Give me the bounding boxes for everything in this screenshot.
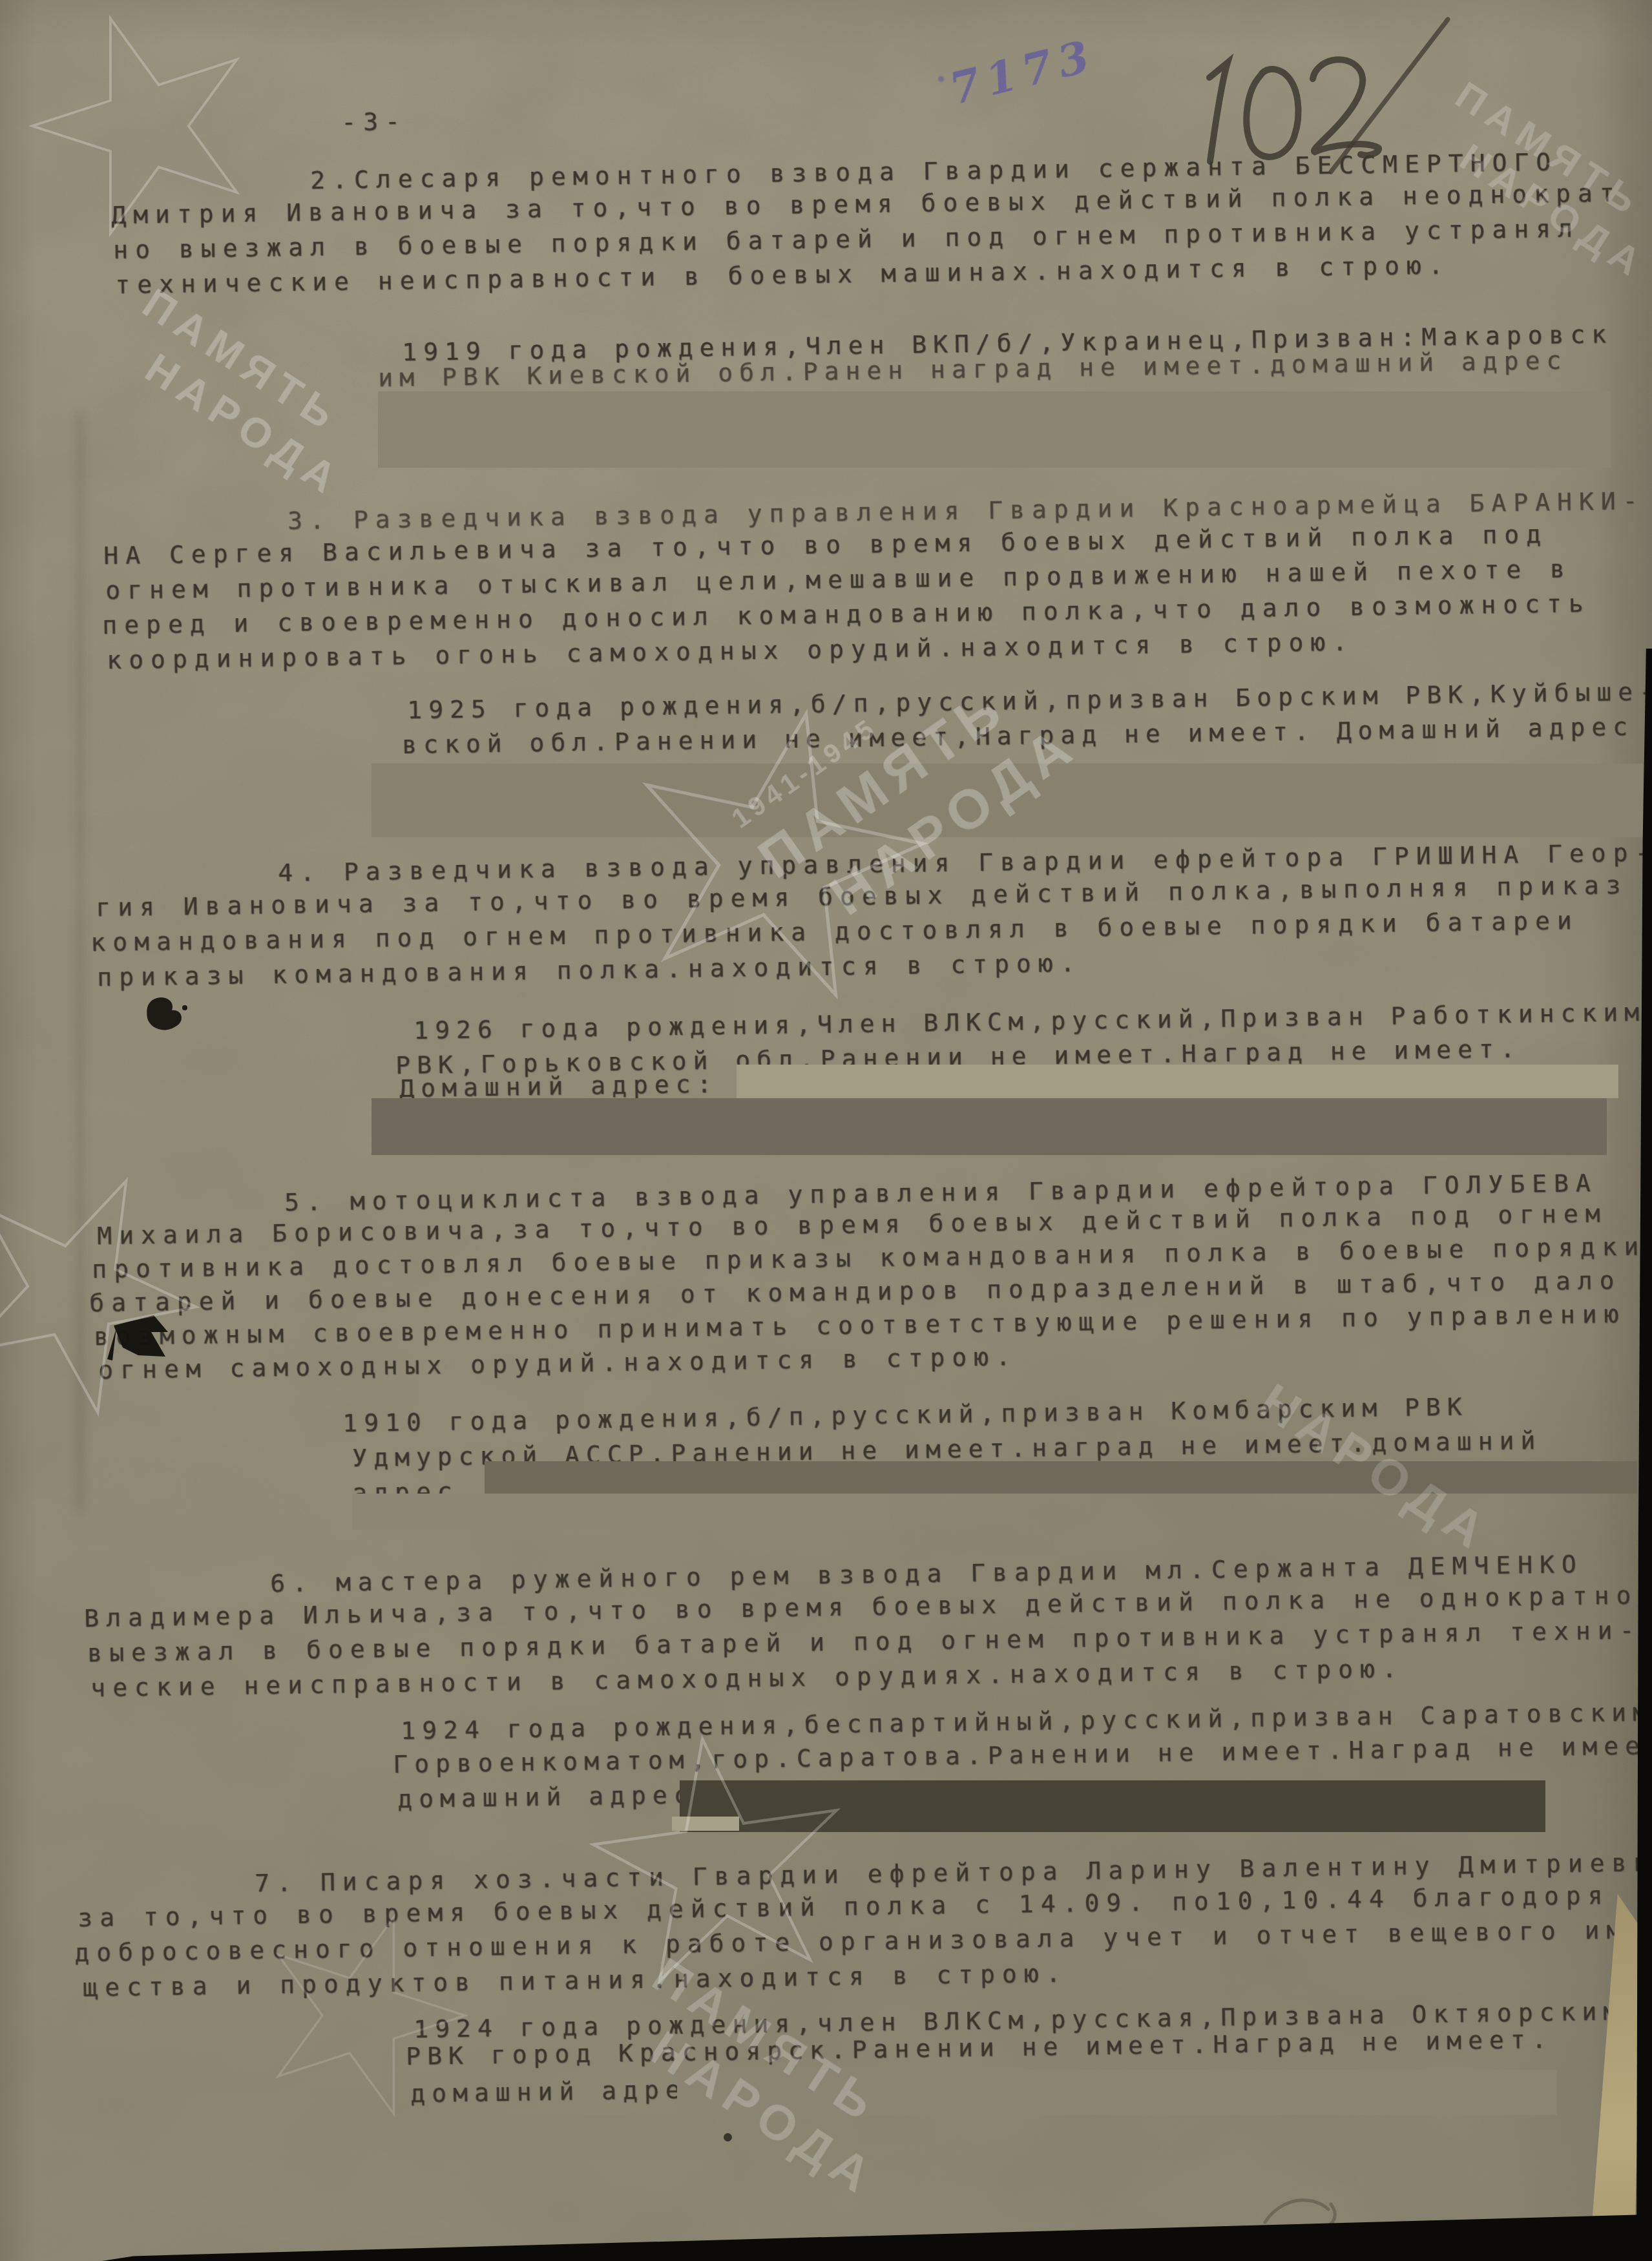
redaction-box — [737, 1065, 1618, 1098]
redaction-box — [352, 1494, 890, 1530]
stamp-ink-dot — [938, 76, 944, 82]
pencil-scribble — [1265, 2200, 1335, 2227]
watermark-word: НАРОДА — [135, 342, 352, 509]
stamp-number: 7173 — [945, 29, 1101, 115]
redaction-box — [388, 2115, 715, 2160]
ink-blot — [147, 997, 187, 1030]
typed-line: домашний адрес — [397, 1780, 695, 1814]
document-scan-page: -3- 2.Слесаря ремонтного взвода Гвардии … — [0, 0, 1652, 2261]
handwritten-page-number — [1209, 59, 1379, 161]
redaction-box — [485, 1461, 1637, 1494]
paper-crease — [76, 413, 84, 1512]
adjacent-page-sliver — [1589, 1894, 1644, 2239]
page-edge-bottom — [102, 2212, 1652, 2261]
redaction-box — [371, 764, 1643, 837]
page-edge-right — [1636, 649, 1652, 2261]
typed-period-dot — [724, 2133, 732, 2141]
redaction-box — [371, 1098, 1607, 1155]
watermark-text: ПАМЯТЬ НАРОДА — [104, 278, 381, 509]
watermark-word: ПАМЯТЬ — [132, 278, 381, 464]
page-number: -3- — [341, 106, 407, 137]
redaction-box — [672, 1817, 739, 1831]
redaction-box — [378, 391, 1611, 468]
redaction-box — [677, 2070, 1557, 2115]
redaction-box — [680, 1780, 1545, 1832]
